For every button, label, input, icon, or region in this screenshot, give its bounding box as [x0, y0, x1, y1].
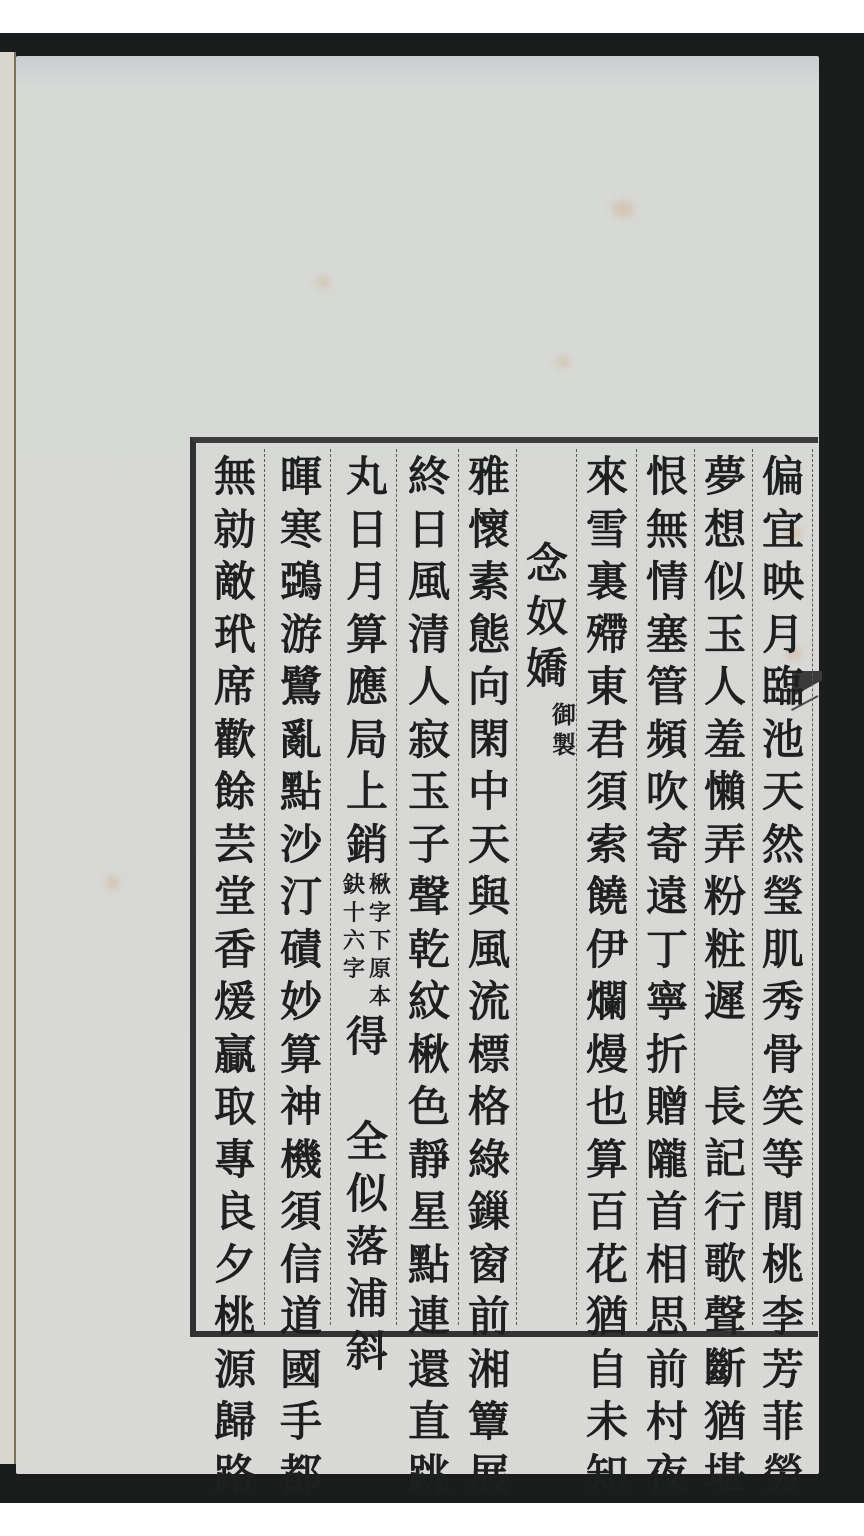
poem-title-column: 念奴嬌 御製: [518, 538, 576, 1323]
column-text: 丸日月算應局上銷: [346, 451, 388, 871]
note-right: 楸字下原本: [369, 871, 391, 1011]
text-column-8: 丸日月算應局上銷 鈌十六字 楸字下原本 得 全似落浦斜: [338, 451, 396, 1323]
column-text: 終日風清人寂玉子聲乾紋楸色靜星點連還直跳: [408, 451, 450, 1501]
poem-title: 念奴嬌: [526, 538, 568, 696]
text-column-9: 暉寒鵶游鷺亂點沙汀磧妙算神機須信道國手都: [272, 451, 330, 1323]
previous-page-edge: [0, 52, 16, 1464]
text-column-4: 來雪裏殢東君須索饒伊爛熳也算百花猶自未知: [578, 451, 636, 1323]
column-text: 偏宜映月臨池天然瑩肌秀骨笑等閒桃李芳菲勞: [762, 451, 804, 1501]
author-note: 御製: [552, 700, 576, 760]
note-left: 鈌十六字: [343, 871, 365, 983]
editorial-note: 鈌十六字 楸字下原本: [343, 871, 391, 1011]
text-column-6: 雅懷素態向閑中天與風流標格綠鏁窗前湘簟展: [460, 451, 518, 1323]
text-column-1: 偏宜映月臨池天然瑩肌秀骨笑等閒桃李芳菲勞: [754, 451, 812, 1323]
column-text: 暉寒鵶游鷺亂點沙汀磧妙算神機須信道國手都: [280, 451, 322, 1501]
column-text: 無勍敵玳席歡餘芸堂香煖贏取專良夕桃源歸路: [214, 451, 256, 1501]
text-column-2: 夢想似玉人羞懶弄粉粧遲 長記行歌聲斷猶堪: [696, 451, 754, 1323]
column-text-after-note: 得: [346, 1011, 388, 1064]
text-frame: 偏宜映月臨池天然瑩肌秀骨笑等閒桃李芳菲勞 夢想似玉人羞懶弄粉粧遲 長記行歌聲斷猶…: [190, 437, 818, 1337]
column-text: 夢想似玉人羞懶弄粉粧遲: [704, 451, 746, 1029]
column-text-continuation: 長記行歌聲斷猶堪: [704, 1081, 746, 1501]
column-text: 恨無情塞管頻吹寄遠丁寧折贈隴首相思前村夜: [646, 451, 688, 1501]
column-text: 雅懷素態向閑中天與風流標格綠鏁窗前湘簟展: [468, 451, 510, 1501]
column-text: 來雪裏殢東君須索饒伊爛熳也算百花猶自未知: [586, 451, 628, 1501]
column-text-continuation: 全似落浦斜: [346, 1116, 388, 1379]
text-column-3: 恨無情塞管頻吹寄遠丁寧折贈隴首相思前村夜: [638, 451, 696, 1323]
text-column-7: 終日風清人寂玉子聲乾紋楸色靜星點連還直跳: [400, 451, 458, 1323]
text-column-10: 無勍敵玳席歡餘芸堂香煖贏取專良夕桃源歸路: [206, 451, 264, 1323]
